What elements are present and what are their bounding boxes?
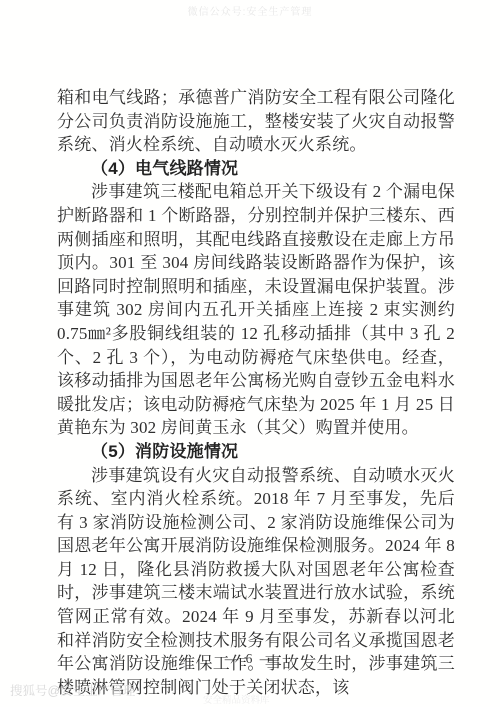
document-body: 箱和电气线路；承德普广消防安全工程有限公司隆化分公司负责消防设施施工，整楼安装了…: [57, 86, 455, 699]
document-page: 微信公众号:安全生产管理 箱和电气线路；承德普广消防安全工程有限公司隆化分公司负…: [0, 0, 500, 707]
page-number: — 6 —: [0, 651, 500, 667]
paragraph-continuation: 箱和电气线路；承德普广消防安全工程有限公司隆化分公司负责消防设施施工，整楼安装了…: [57, 86, 455, 157]
watermark-bottom-center: 安全精品资料库: [203, 692, 270, 706]
section-heading-electrical-wiring: （4）电气线路情况: [57, 157, 455, 181]
watermark-sohu-account: 搜狐号@安全生产管理: [10, 681, 135, 699]
section-heading-fire-facilities: （5）消防设施情况: [57, 440, 455, 464]
watermark-top: 微信公众号:安全生产管理: [0, 3, 500, 18]
paragraph-electrical-wiring: 涉事建筑三楼配电箱总开关下级设有 2 个漏电保护断路器和 1 个断路器，分别控制…: [57, 180, 455, 440]
